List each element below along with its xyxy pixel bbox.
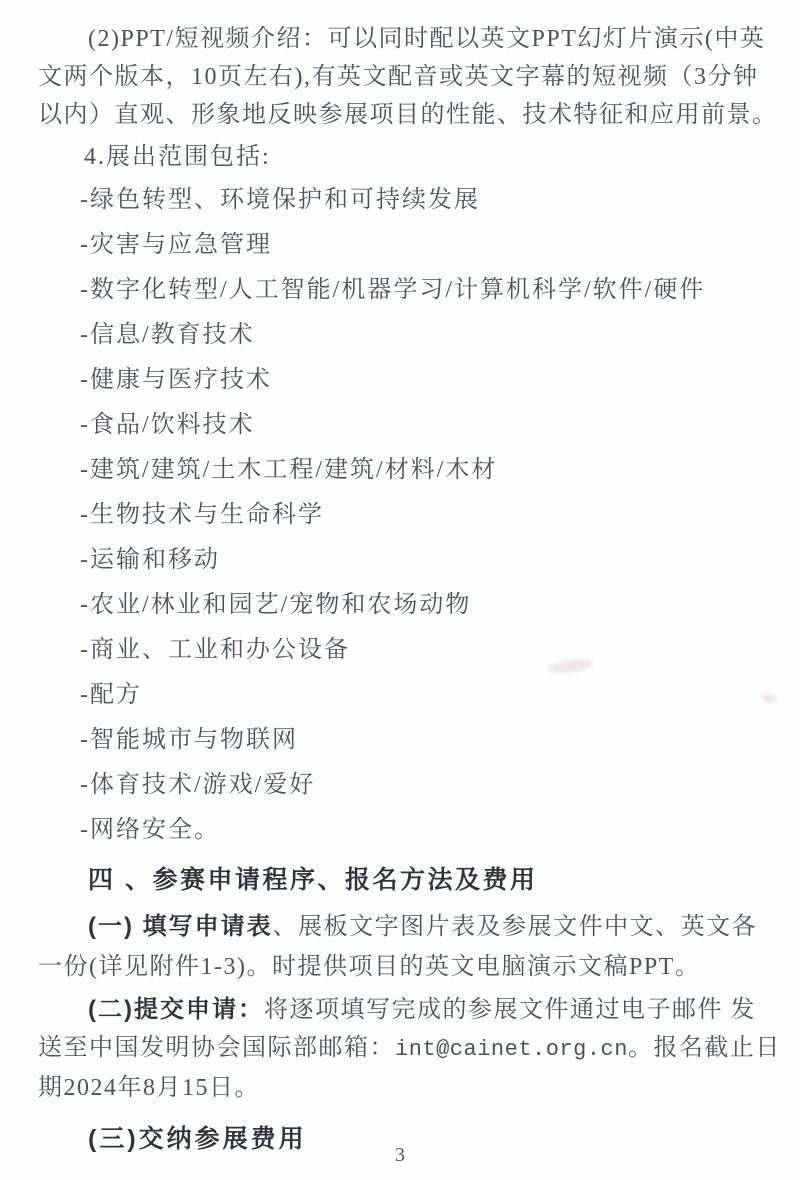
- scope-item: -商业、工业和办公设备: [38, 628, 768, 673]
- scope-list: -绿色转型、环境保护和可持续发展 -灾害与应急管理 -数字化转型/人工智能/机器…: [38, 178, 768, 853]
- scope-item: -建筑/建筑/土木工程/建筑/材料/木材: [38, 448, 768, 493]
- intro-line-2: 文两个版本，10页左右),有英文配音或英文字幕的短视频（3分钟: [38, 58, 768, 96]
- application-form-line-2: 一份(详见附件1-3)。时提供项目的英文电脑演示文稿PPT。: [38, 947, 768, 987]
- scope-item: -生物技术与生命科学: [38, 493, 768, 538]
- scope-item: -健康与医疗技术: [38, 358, 768, 403]
- intro-line-1: (2)PPT/短视频介绍：可以同时配以英文PPT幻灯片演示(中英: [38, 20, 768, 58]
- intro-paragraph: (2)PPT/短视频介绍：可以同时配以英文PPT幻灯片演示(中英 文两个版本，1…: [38, 20, 768, 134]
- submit-application-paragraph: (二)提交申请：将逐项填写完成的参展文件通过电子邮件 发 送至中国发明协会国际部…: [38, 991, 768, 1107]
- submit-application-line-2: 送至中国发明协会国际部邮箱：int@cainet.org.cn。报名截止日: [38, 1029, 768, 1069]
- scope-item: -数字化转型/人工智能/机器学习/计算机科学/软件/硬件: [38, 268, 768, 313]
- document-page: (2)PPT/短视频介绍：可以同时配以英文PPT幻灯片演示(中英 文两个版本，1…: [0, 0, 800, 1180]
- submit-application-line-3: 期2024年8月15日。: [38, 1069, 768, 1107]
- application-form-text: 、展板文字图片表及参展文件中文、英文各: [273, 914, 758, 940]
- submit-application-text: 将逐项填写完成的参展文件通过电子邮件 发: [264, 997, 756, 1023]
- scope-item: -灾害与应急管理: [38, 223, 768, 268]
- scope-item: -绿色转型、环境保护和可持续发展: [38, 178, 768, 223]
- mailbox-text: 送至中国发明协会国际部邮箱：: [38, 1035, 395, 1061]
- scope-item: -运输和移动: [38, 538, 768, 583]
- section-heading: 四 、参赛申请程序、报名方法及费用: [38, 859, 768, 901]
- deadline-text: 。报名截止日: [628, 1035, 781, 1061]
- intro-line-3: 以内）直观、形象地反映参展项目的性能、技术特征和应用前景。: [38, 96, 768, 134]
- application-form-label: (一) 填写申请表: [88, 913, 273, 940]
- submit-application-line-1: (二)提交申请：将逐项填写完成的参展文件通过电子邮件 发: [38, 991, 768, 1029]
- application-form-paragraph: (一) 填写申请表、展板文字图片表及参展文件中文、英文各 一份(详见附件1-3)…: [38, 907, 768, 987]
- scope-item: -食品/饮料技术: [38, 403, 768, 448]
- scope-heading: 4.展出范围包括:: [38, 136, 768, 178]
- scope-item: -智能城市与物联网: [38, 718, 768, 763]
- submit-application-label: (二)提交申请：: [88, 996, 264, 1023]
- page-number: 3: [0, 1144, 800, 1167]
- scope-item: -农业/林业和园艺/宠物和农场动物: [38, 583, 768, 628]
- application-form-line-1: (一) 填写申请表、展板文字图片表及参展文件中文、英文各: [38, 907, 768, 947]
- scope-item: -信息/教育技术: [38, 313, 768, 358]
- email-address: int@cainet.org.cn: [395, 1037, 628, 1062]
- scope-item: -体育技术/游戏/爱好: [38, 763, 768, 808]
- scope-item: -网络安全。: [38, 808, 768, 853]
- scope-item: -配方: [38, 673, 768, 718]
